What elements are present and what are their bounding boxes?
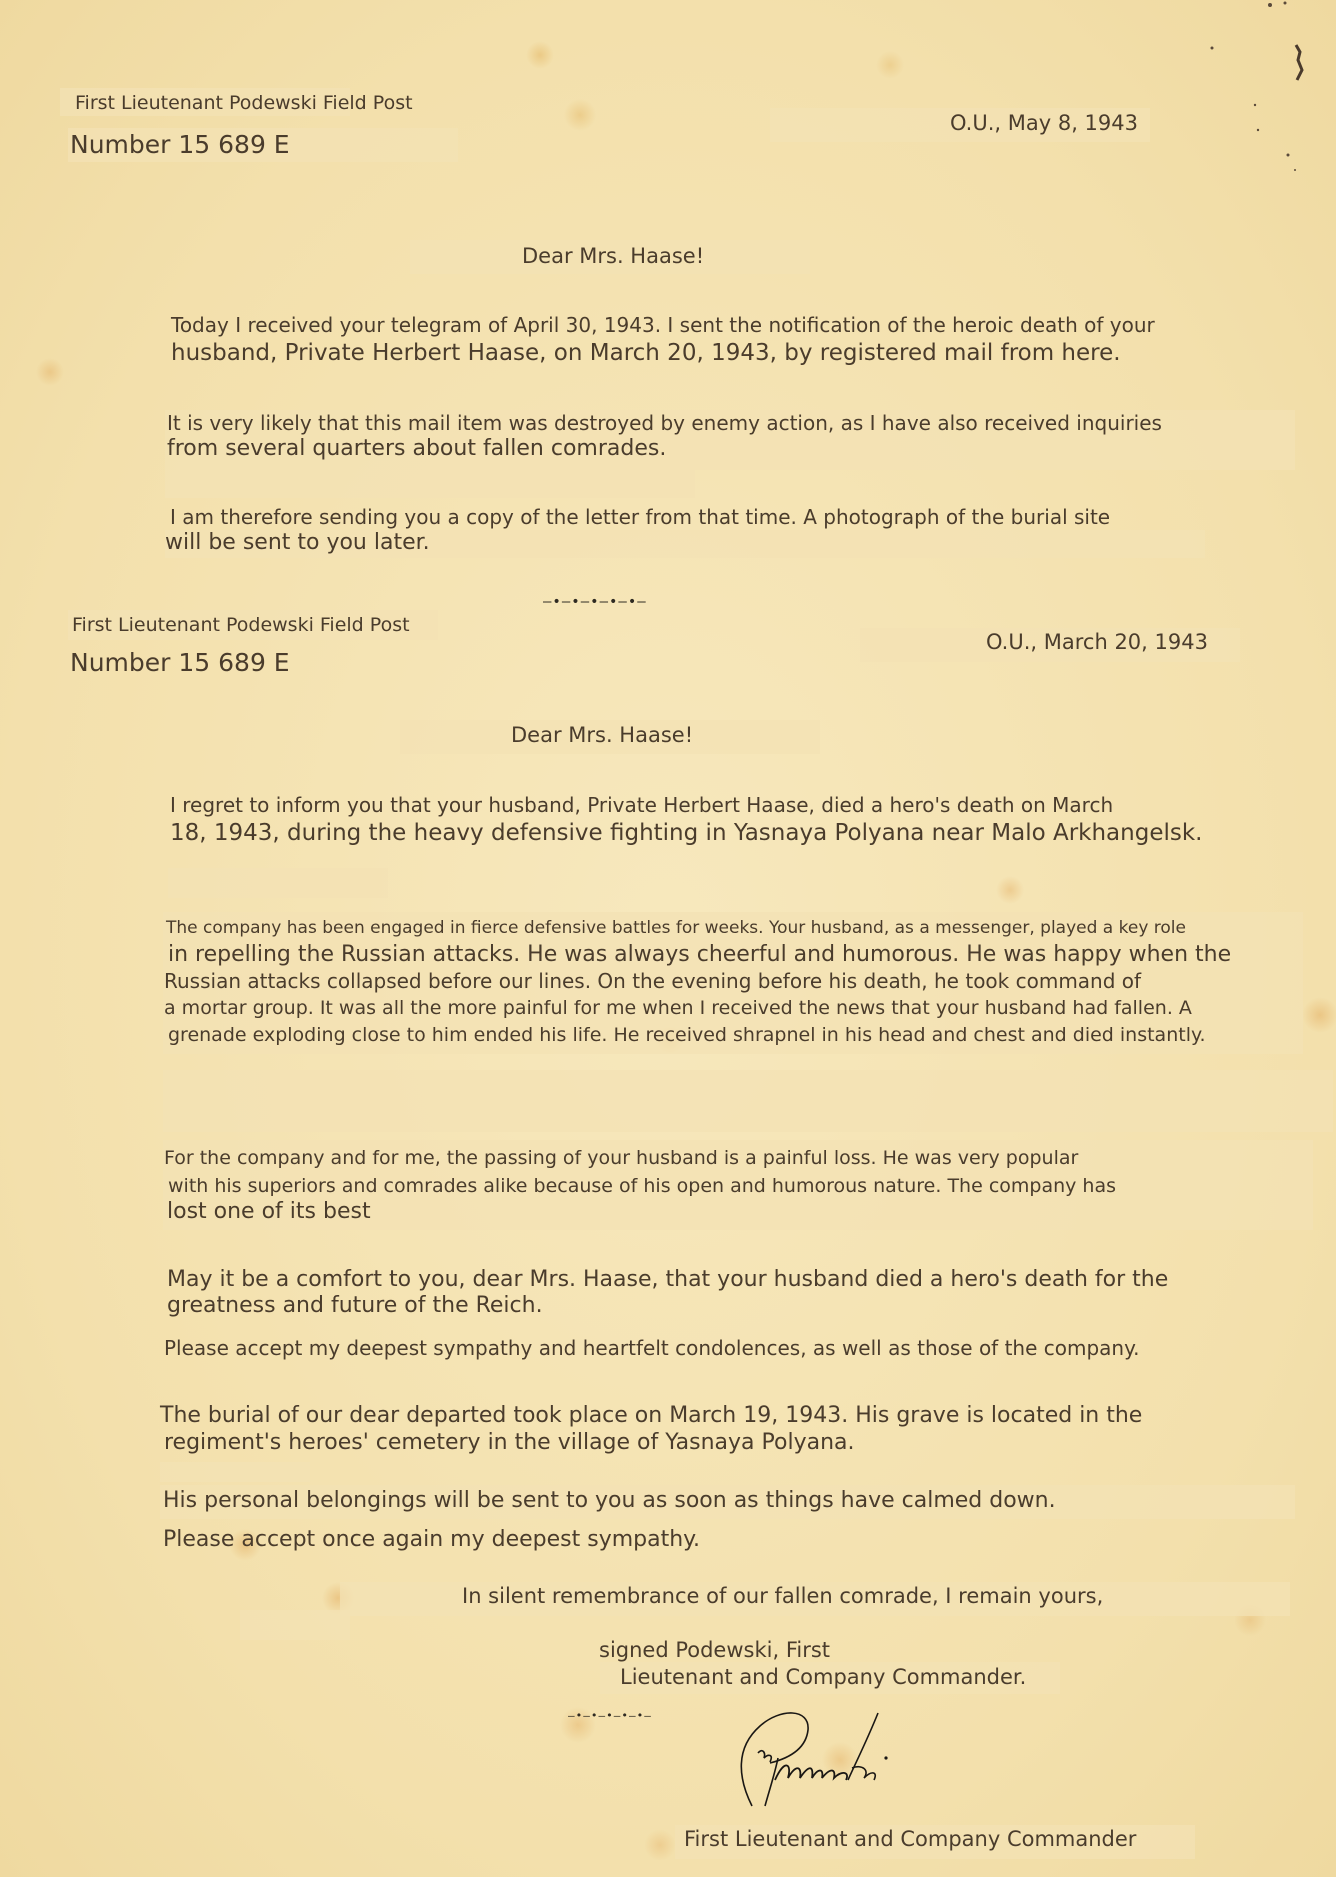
paragraph-line: will be sent to you later. [165, 530, 430, 555]
paragraph-line: It is very likely that this mail item wa… [167, 411, 1162, 435]
paragraph-line: regiment's heroes' cemetery in the villa… [164, 1430, 855, 1455]
field-post-number: Number 15 689 E [70, 648, 290, 677]
section-separator: ‒•‒•‒•‒•‒•‒ [568, 1709, 652, 1722]
paragraph-line: 18, 1943, during the heavy defensive fig… [170, 820, 1202, 846]
paper-speck-marks [1200, 0, 1336, 200]
paragraph-line: His personal belongings will be sent to … [163, 1488, 1056, 1513]
paragraph-line: I am therefore sending you a copy of the… [170, 505, 1110, 529]
paragraph-line: husband, Private Herbert Haase, on March… [171, 340, 1121, 366]
sender-name: First Lieutenant Podewski Field Post [75, 92, 413, 114]
letter-date: O.U., May 8, 1943 [950, 111, 1138, 135]
salutation: Dear Mrs. Haase! [522, 244, 704, 268]
paragraph-line: May it be a comfort to you, dear Mrs. Ha… [167, 1267, 1168, 1292]
paragraph-line: from several quarters about fallen comra… [167, 436, 666, 461]
paragraph-line: Please accept once again my deepest symp… [163, 1527, 700, 1552]
field-post-number: Number 15 689 E [70, 130, 290, 159]
paragraph-line: greatness and future of the Reich. [167, 1293, 543, 1318]
handwritten-signature-icon [730, 1708, 970, 1808]
paragraph-line: with his superiors and comrades alike be… [168, 1175, 1116, 1197]
paragraph-line: Today I received your telegram of April … [171, 313, 1155, 337]
closing-line: In silent remembrance of our fallen comr… [462, 1584, 1103, 1608]
paragraph-line: The company has been engaged in fierce d… [166, 918, 1186, 938]
paragraph-line: grenade exploding close to him ended his… [168, 1024, 1206, 1046]
section-separator: ‒•‒•‒•‒•‒•‒ [543, 594, 647, 610]
paragraph-line: in repelling the Russian attacks. He was… [168, 942, 1231, 967]
signature-title: First Lieutenant and Company Commander [684, 1827, 1136, 1851]
signed-title-line: Lieutenant and Company Commander. [620, 1665, 1026, 1689]
signed-by-line: signed Podewski, First [599, 1638, 830, 1662]
sender-name: First Lieutenant Podewski Field Post [72, 614, 410, 636]
paragraph-line: For the company and for me, the passing … [164, 1147, 1078, 1169]
paragraph-line: Russian attacks collapsed before our lin… [164, 969, 1141, 993]
paragraph-line: lost one of its best [167, 1199, 371, 1224]
paragraph-line: a mortar group. It was all the more pain… [164, 997, 1192, 1019]
letter-date: O.U., March 20, 1943 [986, 630, 1208, 654]
paragraph-line: I regret to inform you that your husband… [170, 793, 1113, 817]
paragraph-line: The burial of our dear departed took pla… [160, 1403, 1142, 1428]
salutation: Dear Mrs. Haase! [511, 723, 693, 747]
paragraph-line: Please accept my deepest sympathy and he… [164, 1336, 1139, 1360]
